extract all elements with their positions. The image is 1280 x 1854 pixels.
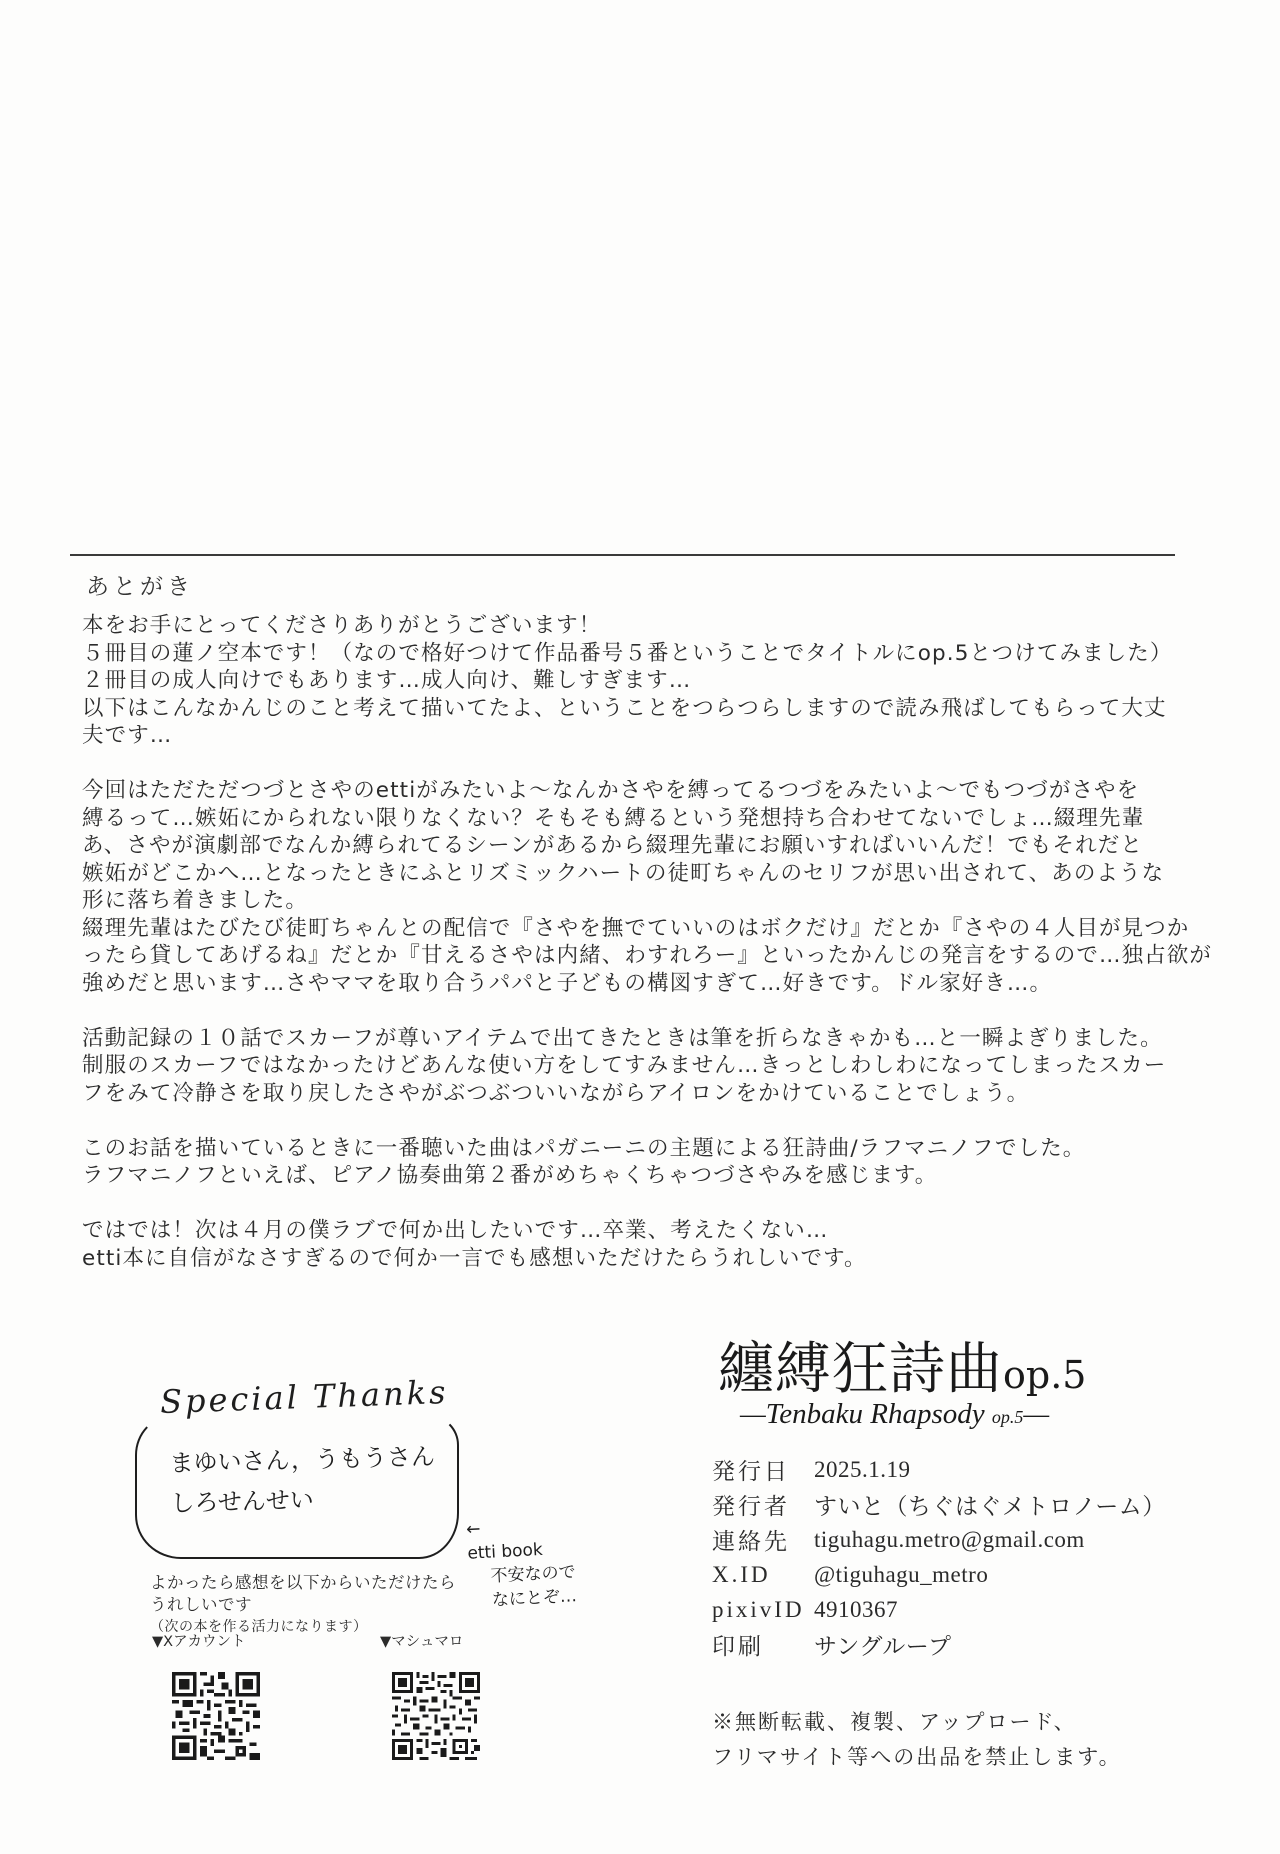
thanks-name-line: しろせんせい: [170, 1477, 436, 1524]
colophon-row-pixiv-id: pixivID 4910367: [712, 1592, 1166, 1627]
text-line: 本をお手にとってくださりありがとうございます！: [82, 612, 1212, 640]
text-line: ２冊目の成人向けでもあります…成人向け、難しすぎます…: [82, 667, 1212, 695]
colophon-value: 2025.1.19: [814, 1457, 911, 1483]
colophon-row-printer: 印刷 サングループ: [712, 1627, 1166, 1662]
afterword-body: 本をお手にとってくださりありがとうございます！ ５冊目の蓮ノ空本です！（なので格…: [82, 612, 1212, 1300]
text-line: フをみて冷静さを取り戻したさやがぶつぶついいながらアイロンをかけていることでしょ…: [82, 1080, 1212, 1108]
colophon-row-issue-date: 発行日 2025.1.19: [712, 1452, 1166, 1487]
text-line: 縛るって…嫉妬にかられない限りなくない？そもそも縛るという発想持ち合わせてないで…: [82, 805, 1212, 833]
colophon-key: 発行日: [712, 1453, 814, 1486]
qr-label-x-account: ▼Xアカウント: [152, 1630, 245, 1651]
text-line: 制服のスカーフではなかったけどあんな使い方をしてすみません…きっとしわしわになっ…: [82, 1052, 1212, 1080]
qr-label-marshmallow: ▼マシュマロ: [380, 1630, 463, 1651]
colophon-key: pixivID: [712, 1597, 814, 1623]
book-subtitle-opus: op.5: [992, 1407, 1024, 1427]
colophon-key: 印刷: [712, 1628, 814, 1661]
colophon-row-x-id: X.ID @tiguhagu_metro: [712, 1557, 1166, 1592]
colophon-key: 連絡先: [712, 1523, 814, 1556]
text-line: 強めだと思います…さやママを取り合うパパと子どもの構図すぎて…好きです。ドル家好…: [82, 970, 1212, 998]
colophon-table: 発行日 2025.1.19 発行者 すいと（ちぐはぐメトロノーム） 連絡先 ti…: [712, 1452, 1166, 1662]
text-line: 綴理先輩はたびたび徒町ちゃんとの配信で『さやを撫でていいのはボクだけ』だとか『さ…: [82, 915, 1212, 943]
text-line: ５冊目の蓮ノ空本です！（なので格好つけて作品番号５番ということでタイトルにop.…: [82, 640, 1212, 668]
text-line: このお話を描いているときに一番聴いた曲はパガニーニの主題による狂詩曲/ラフマニノ…: [82, 1135, 1212, 1163]
dash-right: —: [1023, 1398, 1049, 1430]
text-line: あ、さやが演劇部でなんか縛られてるシーンがあるから綴理先輩にお願いすればいいんだ…: [82, 832, 1212, 860]
text-line: 活動記録の１０話でスカーフが尊いアイテムで出てきたときは筆を折らなきゃかも…と一…: [82, 1025, 1212, 1053]
feedback-request: よかったら感想を以下からいただけたら うれしいです（次の本を作る活力になります）: [150, 1572, 456, 1638]
text-line: 夫です…: [82, 722, 1212, 750]
text-line: 以下はこんなかんじのこと考えて描いてたよ、ということをつらつらしますので読み飛ば…: [82, 695, 1212, 723]
afterword-heading: あとがき: [86, 568, 194, 601]
arrow-left-icon: ←: [466, 1519, 481, 1540]
book-title: 纏縛狂詩曲op.5: [718, 1325, 1086, 1405]
book-title-opus: op.5: [1003, 1353, 1086, 1397]
book-subtitle-text: Tenbaku Rhapsody: [766, 1398, 992, 1430]
note-line: なにとぞ…: [491, 1584, 577, 1612]
feedback-line: よかったら感想を以下からいただけたら: [150, 1572, 456, 1594]
text-line: ではでは！次は４月の僕ラブで何か出したいです…卒業、考えたくない…: [82, 1217, 1212, 1245]
text-line: 嫉妬がどこかへ…となったときにふとリズミックハートの徒町ちゃんのセリフが思い出さ…: [82, 860, 1212, 888]
colophon-key: 発行者: [712, 1488, 814, 1521]
text-line: etti本に自信がなさすぎるので何か一言でも感想いただけたらうれしいです。: [82, 1245, 1212, 1273]
dash-left: —: [740, 1398, 766, 1430]
handwritten-note: ←etti book 不安なので なにとぞ…: [466, 1512, 578, 1613]
colophon-value: すいと（ちぐはぐメトロノーム）: [814, 1488, 1166, 1521]
section-divider: [70, 554, 1175, 556]
special-thanks-heading: Special Thanks: [159, 1373, 449, 1421]
thanks-name-line: まゆいさん，うもうさん: [169, 1437, 435, 1484]
colophon-value: サングループ: [814, 1628, 952, 1661]
paragraph: 今回はただただつづとさやのettiがみたいよ～なんかさやを縛ってるつづをみたいよ…: [82, 777, 1212, 997]
notice-line: フリマサイト等への出品を禁止します。: [712, 1740, 1122, 1775]
colophon-value: 4910367: [814, 1597, 898, 1623]
qr-code-x-account[interactable]: [172, 1672, 260, 1760]
book-subtitle: —Tenbaku Rhapsody op.5—: [740, 1398, 1049, 1431]
text-line: ラフマニノフといえば、ピアノ協奏曲第２番がめちゃくちゃつづさやみを感じます。: [82, 1162, 1212, 1190]
copyright-notice: ※無断転載、複製、アップロード、 フリマサイト等への出品を禁止します。: [712, 1705, 1122, 1775]
text-line: 今回はただただつづとさやのettiがみたいよ～なんかさやを縛ってるつづをみたいよ…: [82, 777, 1212, 805]
text-line: 形に落ち着きました。: [82, 887, 1212, 915]
book-title-kanji: 纏縛狂詩曲: [718, 1337, 1003, 1402]
paragraph: このお話を描いているときに一番聴いた曲はパガニーニの主題による狂詩曲/ラフマニノ…: [82, 1135, 1212, 1190]
text-line: ったら貸してあげるね』だとか『甘えるさやは内緒、わすれろー』といったかんじの発言…: [82, 942, 1212, 970]
qr-code-marshmallow[interactable]: [392, 1672, 480, 1760]
paragraph: 活動記録の１０話でスカーフが尊いアイテムで出てきたときは筆を折らなきゃかも…と一…: [82, 1025, 1212, 1108]
colophon-key: X.ID: [712, 1562, 814, 1588]
colophon-row-publisher: 発行者 すいと（ちぐはぐメトロノーム）: [712, 1487, 1166, 1522]
colophon-row-contact: 連絡先 tiguhagu.metro@gmail.com: [712, 1522, 1166, 1557]
colophon-value: @tiguhagu_metro: [814, 1562, 988, 1588]
special-thanks-names: まゆいさん，うもうさん しろせんせい: [169, 1437, 436, 1524]
paragraph: ではでは！次は４月の僕ラブで何か出したいです…卒業、考えたくない… etti本に…: [82, 1217, 1212, 1272]
paragraph: 本をお手にとってくださりありがとうございます！ ５冊目の蓮ノ空本です！（なので格…: [82, 612, 1212, 750]
colophon-value: tiguhagu.metro@gmail.com: [814, 1527, 1085, 1553]
notice-line: ※無断転載、複製、アップロード、: [712, 1705, 1122, 1740]
feedback-line: うれしいです: [150, 1594, 456, 1616]
